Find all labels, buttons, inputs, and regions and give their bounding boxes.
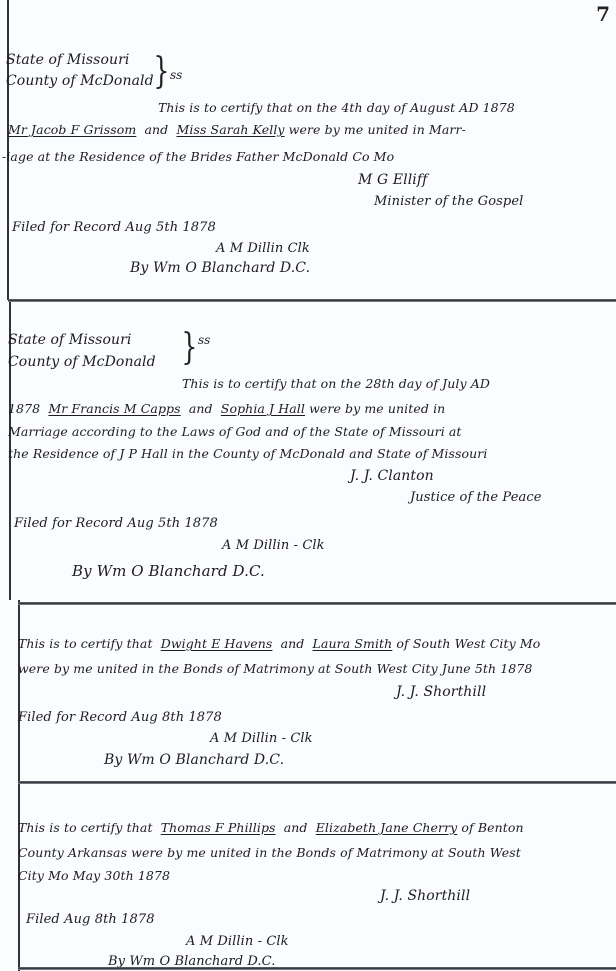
record-divider: [18, 781, 616, 784]
ss-mark: ss: [198, 333, 210, 347]
venue-county: County of McDonald: [6, 73, 154, 89]
page-number: 7: [596, 2, 610, 26]
certify-line: This is to certify that Thomas F Phillip…: [18, 820, 524, 835]
venue-state: State of Missouri: [6, 52, 129, 68]
groom: Mr Francis M Capps: [48, 401, 180, 416]
filed-line: Filed for Record Aug 5th 1878: [14, 516, 218, 531]
officiant-name: J. J. Shorthill: [380, 888, 470, 904]
residence-line: the Residence of J P Hall in the County …: [8, 446, 487, 461]
ss-mark: ss: [170, 68, 182, 82]
certify-line: This is to certify that Dwight E Havens …: [18, 636, 540, 651]
venue-state: State of Missouri: [8, 332, 131, 348]
officiant-title: Justice of the Peace: [410, 490, 542, 505]
officiant-name: M G Elliff: [358, 172, 427, 188]
deputy-signature: By Wm O Blanchard D.C.: [130, 260, 310, 276]
bride: Miss Sarah Kelly: [176, 122, 284, 137]
clerk-signature: A M Dillin Clk: [216, 241, 310, 256]
clerk-signature: A M Dillin - Clk: [186, 934, 289, 949]
officiant-name: J. J. Clanton: [350, 468, 434, 484]
groom: Thomas F Phillips: [161, 820, 276, 835]
deputy-signature: By Wm O Blanchard D.C.: [104, 752, 284, 768]
brace: }: [181, 330, 197, 366]
groom-name: 1878 Mr Francis M Capps and Sophia J Hal…: [8, 401, 445, 416]
filed-line: Filed for Record Aug 5th 1878: [12, 220, 216, 235]
record-divider: [8, 299, 616, 302]
record-divider: [18, 602, 616, 605]
filed-line: Filed Aug 8th 1878: [26, 912, 155, 927]
bride: Laura Smith: [313, 636, 393, 651]
officiant-name: J. J. Shorthill: [396, 684, 486, 700]
bride: Sophia J Hall: [221, 401, 305, 416]
groom: Mr Jacob F Grissom: [8, 122, 136, 137]
certify-line: This is to certify that on the 28th day …: [182, 376, 490, 391]
left-margin-line: [18, 600, 20, 971]
marriage-line: Marriage according to the Laws of God an…: [8, 424, 462, 439]
groom: Dwight E Havens: [161, 636, 273, 651]
groom-name: Mr Jacob F Grissom and Miss Sarah Kelly …: [8, 122, 466, 137]
clerk-signature: A M Dillin - Clk: [210, 731, 313, 746]
filed-line: Filed for Record Aug 8th 1878: [18, 710, 222, 725]
united-line: County Arkansas were by me united in the…: [18, 845, 521, 860]
united-line: were by me united in the Bonds of Matrim…: [18, 661, 532, 676]
deputy-signature: By Wm O Blanchard D.C.: [72, 562, 265, 580]
record-divider: [18, 967, 616, 970]
city-date-line: City Mo May 30th 1878: [18, 868, 170, 883]
clerk-signature: A M Dillin - Clk: [222, 538, 325, 553]
bride: Elizabeth Jane Cherry: [316, 820, 458, 835]
residence-line: -iage at the Residence of the Brides Fat…: [2, 149, 394, 164]
brace: }: [153, 54, 169, 90]
officiant-title: Minister of the Gospel: [374, 194, 523, 209]
venue-county: County of McDonald: [8, 354, 156, 370]
certify-line: This is to certify that on the 4th day o…: [158, 100, 515, 115]
